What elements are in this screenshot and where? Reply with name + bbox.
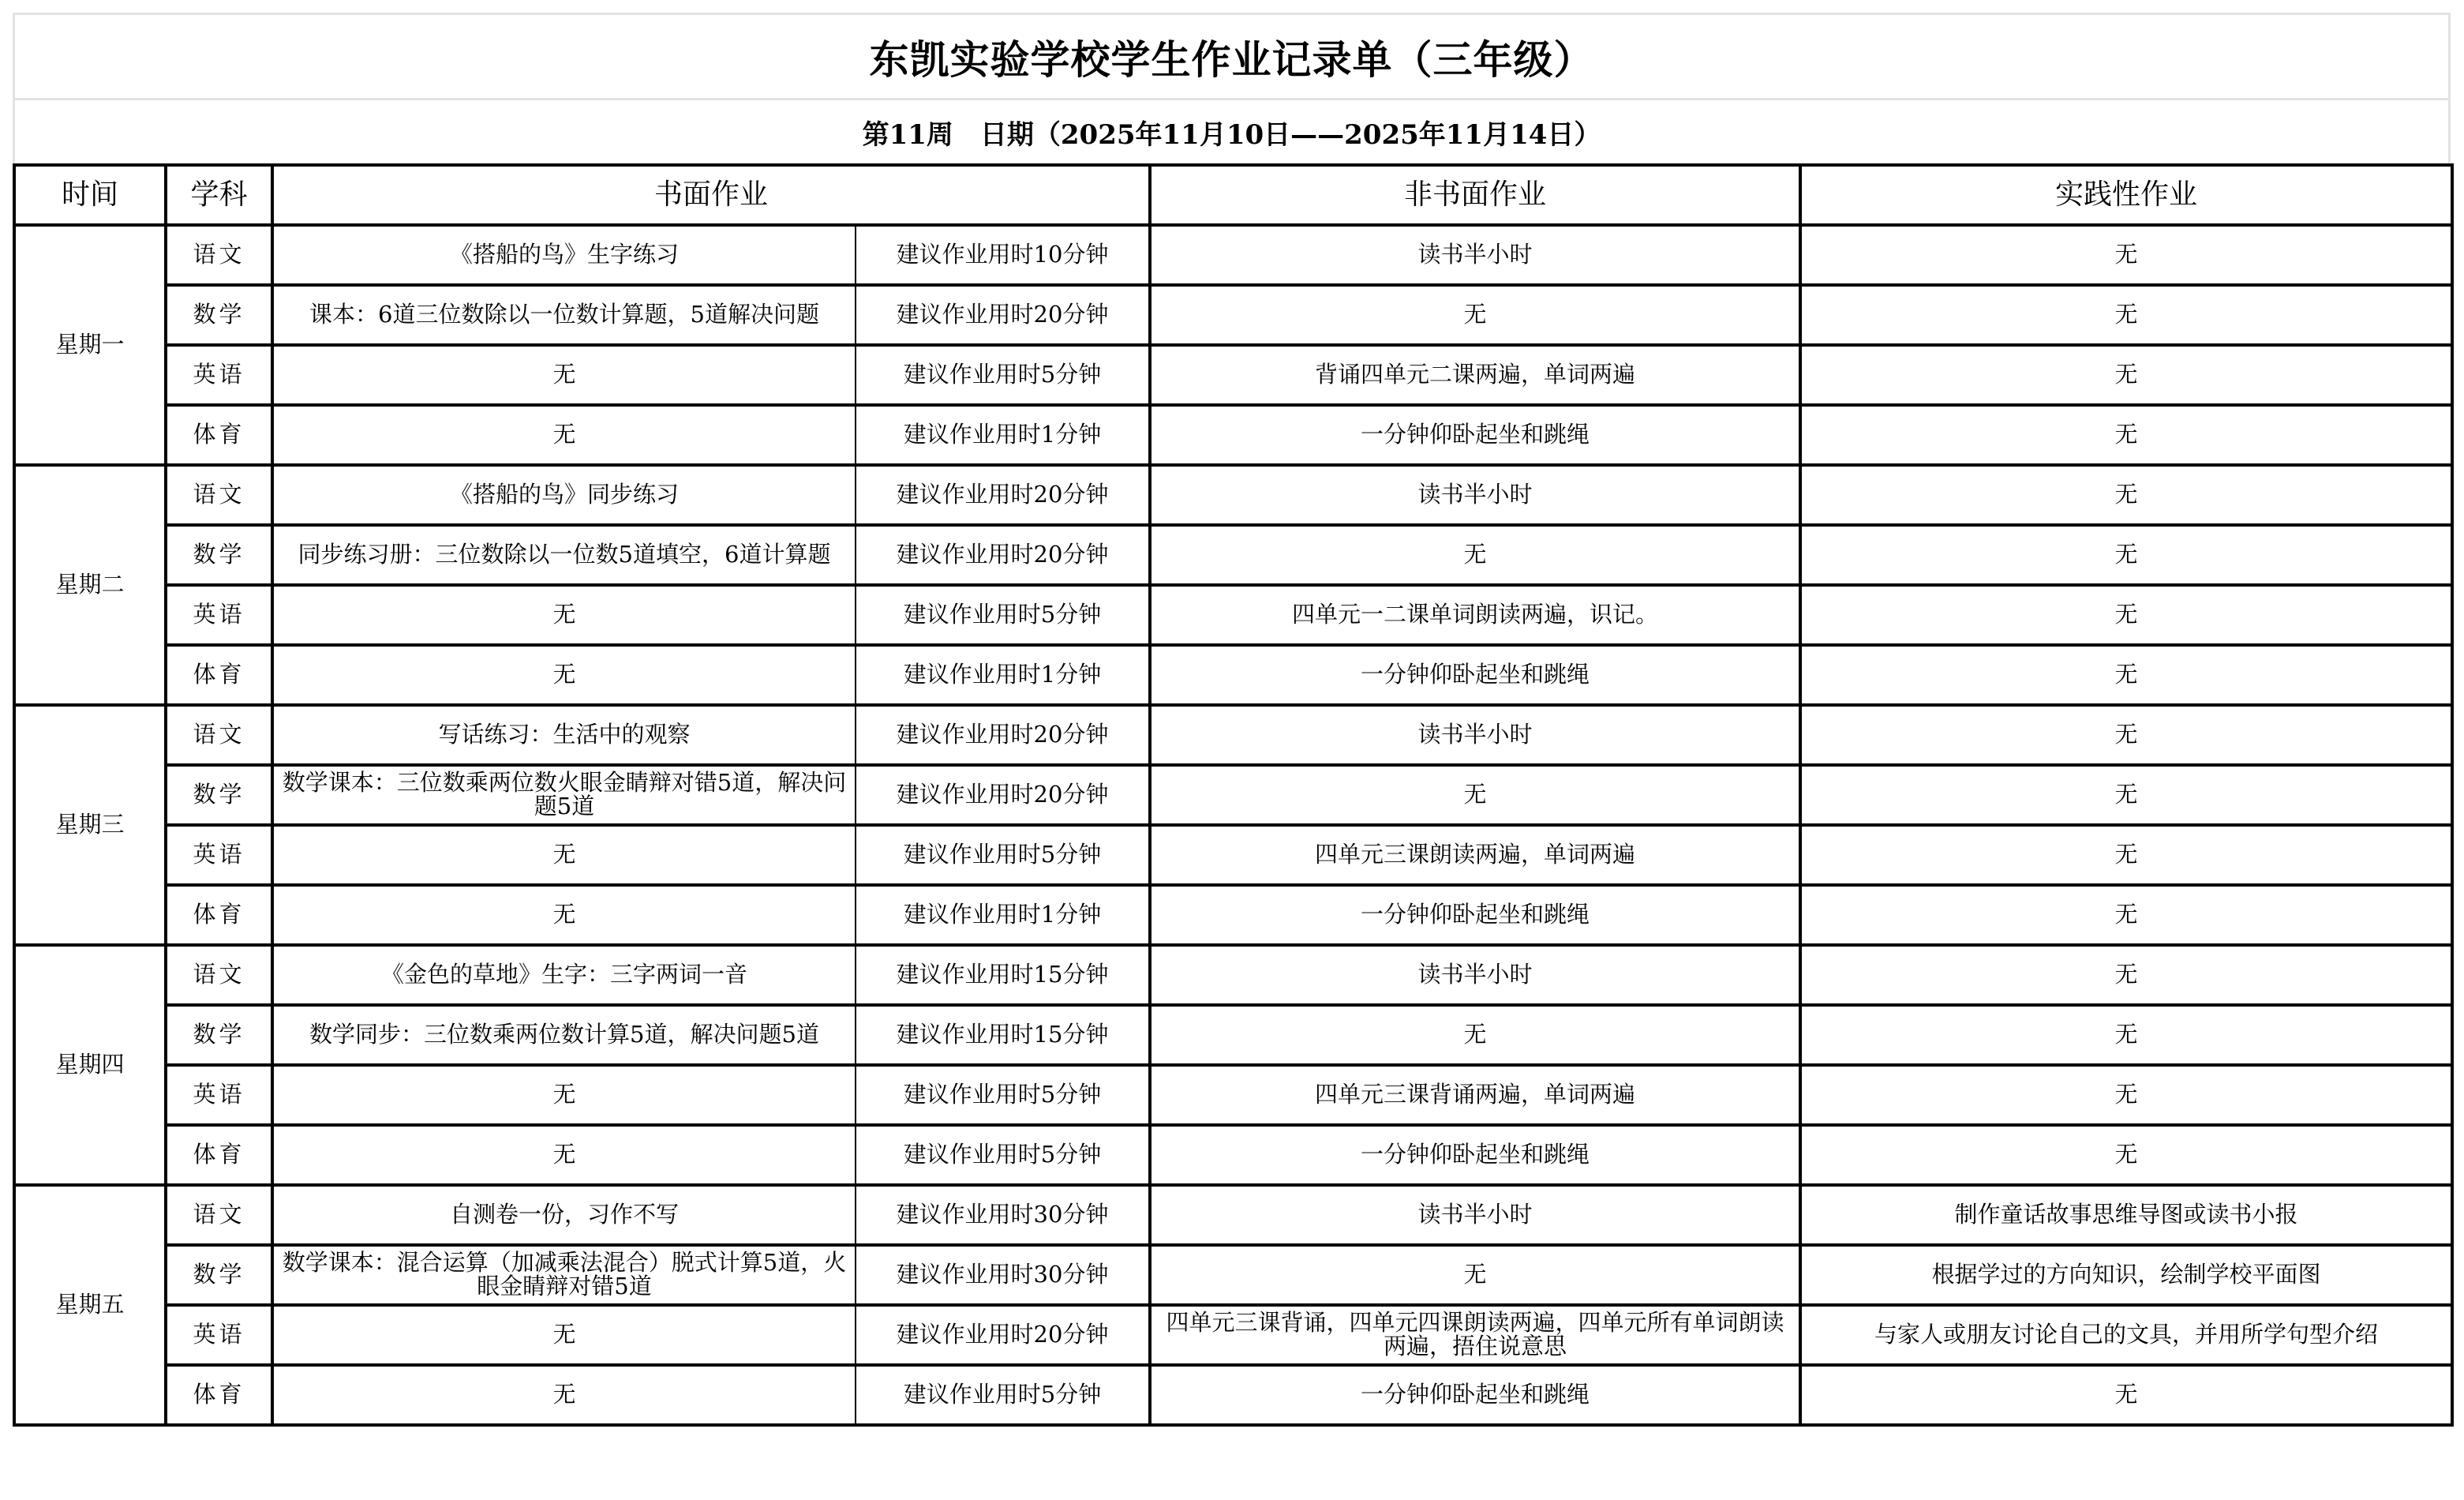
written-homework-cell: 《金色的草地》生字：三字两词一音 [272,945,856,1005]
subject-cell: 数学 [166,1245,272,1305]
suggested-duration-cell: 建议作业用时5分钟 [856,1065,1150,1125]
practical-homework-cell: 无 [1800,825,2452,885]
non-written-homework-cell: 一分钟仰卧起坐和跳绳 [1150,1365,1800,1425]
written-homework-cell: 自测卷一份，习作不写 [272,1185,856,1245]
subject-cell: 语文 [166,705,272,765]
non-written-homework-cell: 无 [1150,765,1800,825]
header-time: 时间 [14,165,166,225]
header-written: 书面作业 [272,165,1150,225]
table-row: 英语无建议作业用时5分钟背诵四单元二课两遍，单词两遍无 [14,345,2452,405]
practical-homework-cell: 无 [1800,705,2452,765]
suggested-duration-cell: 建议作业用时1分钟 [856,645,1150,705]
table-row: 数学数学同步：三位数乘两位数计算5道，解决问题5道建议作业用时15分钟无无 [14,1005,2452,1065]
non-written-homework-cell: 四单元一二课单词朗读两遍，识记。 [1150,585,1800,645]
non-written-homework-cell: 读书半小时 [1150,225,1800,285]
suggested-duration-cell: 建议作业用时20分钟 [856,765,1150,825]
suggested-duration-cell: 建议作业用时15分钟 [856,945,1150,1005]
non-written-homework-cell: 一分钟仰卧起坐和跳绳 [1150,1125,1800,1185]
practical-homework-cell: 无 [1800,525,2452,585]
written-homework-cell: 无 [272,885,856,945]
document-title: 东凯实验学校学生作业记录单（三年级） [15,15,2448,100]
day-cell: 星期四 [14,945,166,1185]
subject-cell: 英语 [166,1305,272,1365]
suggested-duration-cell: 建议作业用时1分钟 [856,405,1150,465]
subject-cell: 英语 [166,345,272,405]
written-homework-cell: 无 [272,825,856,885]
suggested-duration-cell: 建议作业用时5分钟 [856,585,1150,645]
day-cell: 星期三 [14,705,166,945]
non-written-homework-cell: 一分钟仰卧起坐和跳绳 [1150,885,1800,945]
practical-homework-cell: 无 [1800,465,2452,525]
non-written-homework-cell: 无 [1150,1005,1800,1065]
written-homework-cell: 无 [272,585,856,645]
written-homework-cell: 无 [272,1065,856,1125]
subject-cell: 数学 [166,285,272,345]
suggested-duration-cell: 建议作业用时5分钟 [856,345,1150,405]
suggested-duration-cell: 建议作业用时5分钟 [856,825,1150,885]
suggested-duration-cell: 建议作业用时20分钟 [856,705,1150,765]
homework-sheet: 东凯实验学校学生作业记录单（三年级） 第11周 日期（2025年11月10日——… [13,13,2451,1427]
table-row: 体育无建议作业用时5分钟一分钟仰卧起坐和跳绳无 [14,1125,2452,1185]
practical-homework-cell: 无 [1800,585,2452,645]
title-block: 东凯实验学校学生作业记录单（三年级） 第11周 日期（2025年11月10日——… [13,13,2451,163]
non-written-homework-cell: 四单元三课背诵两遍，单词两遍 [1150,1065,1800,1125]
subject-cell: 英语 [166,1065,272,1125]
written-homework-cell: 《搭船的鸟》同步练习 [272,465,856,525]
table-row: 星期五语文自测卷一份，习作不写建议作业用时30分钟读书半小时制作童话故事思维导图… [14,1185,2452,1245]
subject-cell: 数学 [166,765,272,825]
practical-homework-cell: 与家人或朋友讨论自己的文具，并用所学句型介绍 [1800,1305,2452,1365]
week-date-range: 第11周 日期（2025年11月10日——2025年11月14日） [15,100,2448,163]
suggested-duration-cell: 建议作业用时20分钟 [856,465,1150,525]
header-row: 时间 学科 书面作业 非书面作业 实践性作业 [14,165,2452,225]
header-practical: 实践性作业 [1800,165,2452,225]
practical-homework-cell: 无 [1800,765,2452,825]
table-row: 数学同步练习册：三位数除以一位数5道填空，6道计算题建议作业用时20分钟无无 [14,525,2452,585]
subject-cell: 英语 [166,825,272,885]
practical-homework-cell: 无 [1800,945,2452,1005]
practical-homework-cell: 无 [1800,285,2452,345]
practical-homework-cell: 无 [1800,1005,2452,1065]
written-homework-cell: 写话练习：生活中的观察 [272,705,856,765]
non-written-homework-cell: 读书半小时 [1150,465,1800,525]
subject-cell: 体育 [166,645,272,705]
written-homework-cell: 无 [272,1305,856,1365]
table-row: 星期四语文《金色的草地》生字：三字两词一音建议作业用时15分钟读书半小时无 [14,945,2452,1005]
non-written-homework-cell: 一分钟仰卧起坐和跳绳 [1150,645,1800,705]
subject-cell: 数学 [166,1005,272,1065]
table-row: 数学数学课本：混合运算（加减乘法混合）脱式计算5道，火眼金睛辩对错5道建议作业用… [14,1245,2452,1305]
table-body: 星期一语文《搭船的鸟》生字练习建议作业用时10分钟读书半小时无数学课本：6道三位… [14,225,2452,1425]
written-homework-cell: 同步练习册：三位数除以一位数5道填空，6道计算题 [272,525,856,585]
non-written-homework-cell: 四单元三课背诵，四单元四课朗读两遍，四单元所有单词朗读两遍，捂住说意思 [1150,1305,1800,1365]
subject-cell: 英语 [166,585,272,645]
suggested-duration-cell: 建议作业用时20分钟 [856,525,1150,585]
practical-homework-cell: 无 [1800,405,2452,465]
suggested-duration-cell: 建议作业用时30分钟 [856,1185,1150,1245]
subject-cell: 体育 [166,1125,272,1185]
table-row: 星期一语文《搭船的鸟》生字练习建议作业用时10分钟读书半小时无 [14,225,2452,285]
non-written-homework-cell: 读书半小时 [1150,705,1800,765]
written-homework-cell: 《搭船的鸟》生字练习 [272,225,856,285]
subject-cell: 语文 [166,1185,272,1245]
written-homework-cell: 无 [272,1125,856,1185]
subject-cell: 体育 [166,405,272,465]
practical-homework-cell: 无 [1800,225,2452,285]
table-row: 体育无建议作业用时1分钟一分钟仰卧起坐和跳绳无 [14,885,2452,945]
day-cell: 星期二 [14,465,166,705]
non-written-homework-cell: 读书半小时 [1150,1185,1800,1245]
suggested-duration-cell: 建议作业用时20分钟 [856,285,1150,345]
non-written-homework-cell: 无 [1150,525,1800,585]
table-row: 体育无建议作业用时1分钟一分钟仰卧起坐和跳绳无 [14,405,2452,465]
suggested-duration-cell: 建议作业用时15分钟 [856,1005,1150,1065]
written-homework-cell: 无 [272,405,856,465]
subject-cell: 语文 [166,225,272,285]
subject-cell: 语文 [166,465,272,525]
practical-homework-cell: 制作童话故事思维导图或读书小报 [1800,1185,2452,1245]
day-cell: 星期一 [14,225,166,465]
table-row: 体育无建议作业用时5分钟一分钟仰卧起坐和跳绳无 [14,1365,2452,1425]
practical-homework-cell: 无 [1800,1365,2452,1425]
practical-homework-cell: 无 [1800,1065,2452,1125]
table-row: 体育无建议作业用时1分钟一分钟仰卧起坐和跳绳无 [14,645,2452,705]
subject-cell: 体育 [166,885,272,945]
written-homework-cell: 无 [272,345,856,405]
homework-table: 时间 学科 书面作业 非书面作业 实践性作业 星期一语文《搭船的鸟》生字练习建议… [13,163,2454,1427]
subject-cell: 数学 [166,525,272,585]
written-homework-cell: 数学课本：三位数乘两位数火眼金睛辩对错5道，解决问题5道 [272,765,856,825]
day-cell: 星期五 [14,1185,166,1425]
table-row: 英语无建议作业用时20分钟四单元三课背诵，四单元四课朗读两遍，四单元所有单词朗读… [14,1305,2452,1365]
suggested-duration-cell: 建议作业用时5分钟 [856,1125,1150,1185]
non-written-homework-cell: 读书半小时 [1150,945,1800,1005]
practical-homework-cell: 无 [1800,885,2452,945]
practical-homework-cell: 无 [1800,1125,2452,1185]
practical-homework-cell: 根据学过的方向知识，绘制学校平面图 [1800,1245,2452,1305]
non-written-homework-cell: 背诵四单元二课两遍，单词两遍 [1150,345,1800,405]
table-row: 英语无建议作业用时5分钟四单元一二课单词朗读两遍，识记。无 [14,585,2452,645]
subject-cell: 语文 [166,945,272,1005]
practical-homework-cell: 无 [1800,645,2452,705]
suggested-duration-cell: 建议作业用时10分钟 [856,225,1150,285]
table-row: 数学数学课本：三位数乘两位数火眼金睛辩对错5道，解决问题5道建议作业用时20分钟… [14,765,2452,825]
non-written-homework-cell: 一分钟仰卧起坐和跳绳 [1150,405,1800,465]
practical-homework-cell: 无 [1800,345,2452,405]
non-written-homework-cell: 无 [1150,285,1800,345]
table-row: 英语无建议作业用时5分钟四单元三课朗读两遍，单词两遍无 [14,825,2452,885]
subject-cell: 体育 [166,1365,272,1425]
table-row: 星期三语文写话练习：生活中的观察建议作业用时20分钟读书半小时无 [14,705,2452,765]
header-non-written: 非书面作业 [1150,165,1800,225]
written-homework-cell: 数学同步：三位数乘两位数计算5道，解决问题5道 [272,1005,856,1065]
non-written-homework-cell: 无 [1150,1245,1800,1305]
header-subject: 学科 [166,165,272,225]
table-row: 英语无建议作业用时5分钟四单元三课背诵两遍，单词两遍无 [14,1065,2452,1125]
suggested-duration-cell: 建议作业用时20分钟 [856,1305,1150,1365]
suggested-duration-cell: 建议作业用时30分钟 [856,1245,1150,1305]
written-homework-cell: 无 [272,1365,856,1425]
suggested-duration-cell: 建议作业用时5分钟 [856,1365,1150,1425]
written-homework-cell: 课本：6道三位数除以一位数计算题，5道解决问题 [272,285,856,345]
written-homework-cell: 数学课本：混合运算（加减乘法混合）脱式计算5道，火眼金睛辩对错5道 [272,1245,856,1305]
written-homework-cell: 无 [272,645,856,705]
table-row: 数学课本：6道三位数除以一位数计算题，5道解决问题建议作业用时20分钟无无 [14,285,2452,345]
non-written-homework-cell: 四单元三课朗读两遍，单词两遍 [1150,825,1800,885]
table-row: 星期二语文《搭船的鸟》同步练习建议作业用时20分钟读书半小时无 [14,465,2452,525]
suggested-duration-cell: 建议作业用时1分钟 [856,885,1150,945]
